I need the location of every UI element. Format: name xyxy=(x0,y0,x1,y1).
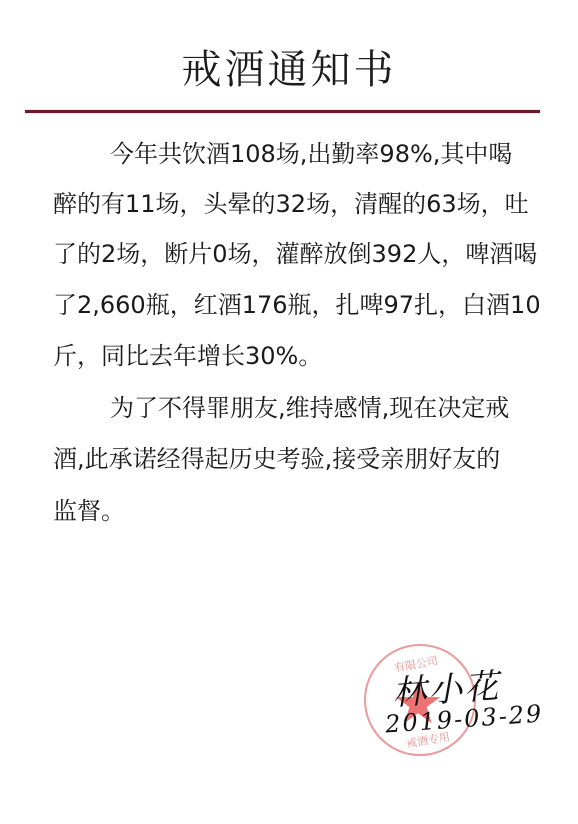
paragraph-line: 了的2场，断片0场，灌醉放倒392人，啤酒喝 xyxy=(53,234,537,269)
paragraph-line: 今年共饮酒108场,出勤率98%,其中喝 xyxy=(110,134,512,169)
title-divider xyxy=(25,110,540,113)
paragraph-line: 酒,此承诺经得起历史考验,接受亲朋好友的 xyxy=(53,439,500,474)
paragraph-line: 为了不得罪朋友,维持感情,现在决定戒 xyxy=(110,388,509,423)
paragraph-line: 监督。 xyxy=(53,491,125,526)
paragraph-line: 了2,660瓶，红酒176瓶，扎啤97扎，白酒10 xyxy=(53,285,541,320)
document-title: 戒酒通知书 xyxy=(0,38,578,95)
paragraph-line: 醉的有11场，头晕的32场，清醒的63场，吐 xyxy=(53,184,529,219)
paragraph-line: 斤，同比去年增长30%。 xyxy=(53,336,322,371)
